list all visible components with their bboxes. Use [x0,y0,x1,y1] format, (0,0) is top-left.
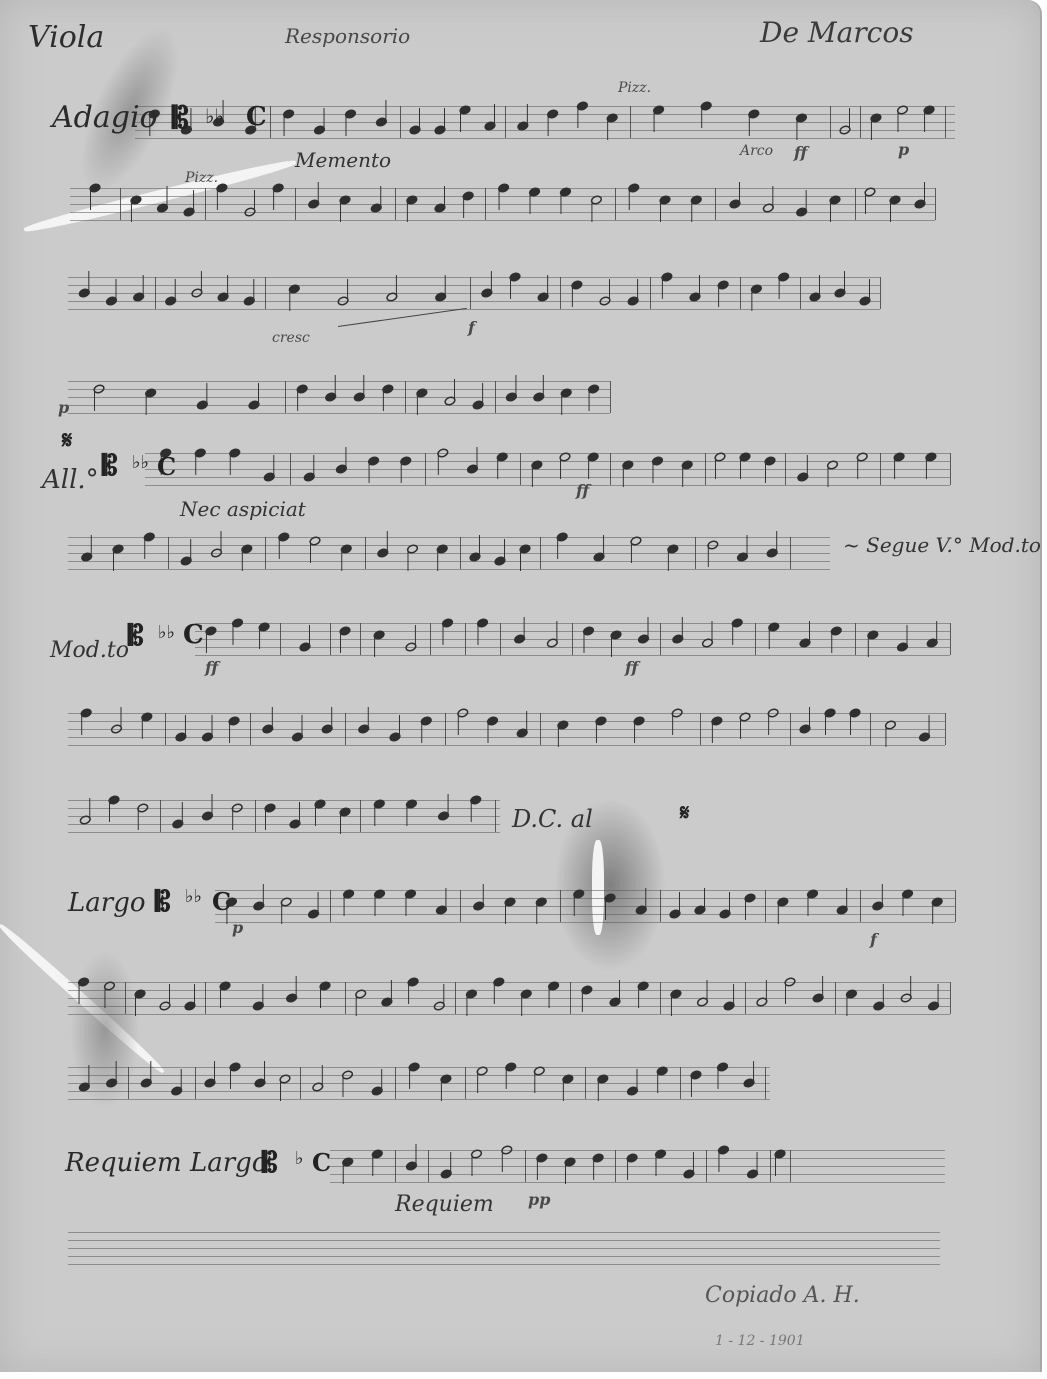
key-signature: ♭♭ [132,452,149,473]
time-signature: C [157,452,176,481]
instrument-label: Viola [28,20,104,55]
key-signature: ♭♭ [158,622,175,643]
staff-6 [68,537,830,569]
tempo-requiem-largo: Requiem Largo [65,1148,267,1178]
marking-cresc: cresc [272,330,310,346]
dynamic-f-2: f [870,930,877,949]
lyric-nec-aspiciat: Nec aspiciat [180,497,306,521]
staff-line [68,1240,940,1241]
key-signature: ♭♭ [205,104,224,128]
staff-8 [68,713,945,745]
staff-line [68,1232,940,1233]
notes-group [68,523,830,583]
dynamic-p-2: p [58,398,69,417]
notes-group [68,1053,770,1113]
segno-icon: 𝄋 [62,425,72,454]
staff-7 [195,623,950,655]
marking-pizz-2: Pizz. [185,170,218,186]
time-signature: C [312,1148,331,1177]
segno-icon: 𝄋 [680,800,689,826]
staff-5 [145,453,950,485]
lyric-requiem: Requiem [395,1192,494,1217]
notes-group [215,876,955,936]
tempo-allegro: All.° [42,465,99,495]
dynamic-p-3: p [232,918,243,937]
staff-13 [330,1150,945,1182]
staff-4 [68,381,610,413]
manuscript-page: Viola Responsorio De Marcos Adagio 𝄡 ♭♭ … [0,0,1042,1372]
time-signature: C [183,620,204,650]
barline [950,623,951,655]
barline [610,381,611,413]
tempo-moderato: Mod.to [50,638,129,663]
time-signature: C [246,102,267,132]
tempo-largo: Largo [68,888,146,918]
notes-group [195,609,950,669]
notes-group [145,439,950,499]
copy-date: 1 - 12 - 1901 [715,1333,805,1349]
dynamic-ff: ff [794,143,807,162]
alto-clef-icon: 𝄡 [155,885,171,919]
notes-group [68,786,500,846]
lyric-memento: Memento [295,148,391,172]
instruction-dc: D.C. al [512,805,593,833]
dynamic-p: p [898,140,909,159]
barline [880,277,881,309]
staff-3 [68,277,880,309]
staff-line [68,1248,940,1249]
instruction-segue: ~ Segue V.° Mod.to [843,533,1041,557]
staff-14 [68,1232,940,1264]
copyist-signature: Copiado A. H. [705,1283,860,1308]
dynamic-ff-4: ff [625,658,638,677]
composer-name: De Marcos [760,16,914,49]
notes-group [68,367,610,427]
staff-11 [68,982,950,1014]
piece-title: Responsorio [285,24,410,48]
barline [950,453,951,485]
alto-clef-icon: 𝄡 [128,619,144,653]
time-signature: C [212,887,231,916]
notes-group [68,263,880,323]
staff-10 [215,890,955,922]
notes-group [68,968,950,1028]
staff-12 [68,1067,770,1099]
staff-line [68,1256,940,1257]
staff-line [68,1264,940,1265]
tempo-adagio: Adagio [52,100,158,135]
key-signature: ♭ [295,1148,304,1169]
notes-group [330,1136,945,1196]
dynamic-f: f [468,318,475,337]
barline [955,890,956,922]
barline [935,188,936,220]
barline [950,982,951,1014]
alto-clef-icon: 𝄡 [262,1146,278,1180]
staff-9 [68,800,500,832]
barline [945,713,946,745]
alto-clef-icon: 𝄡 [172,101,189,136]
dynamic-ff-3: ff [205,658,218,677]
alto-clef-icon: 𝄡 [102,449,118,483]
marking-arco: Arco [740,143,773,159]
marking-pizz: Pizz. [618,80,651,96]
staff-2 [70,188,935,220]
notes-group [68,699,945,759]
dynamic-ff-2: ff [576,481,589,500]
key-signature: ♭♭ [185,886,202,907]
dynamic-pp: pp [528,1190,550,1209]
